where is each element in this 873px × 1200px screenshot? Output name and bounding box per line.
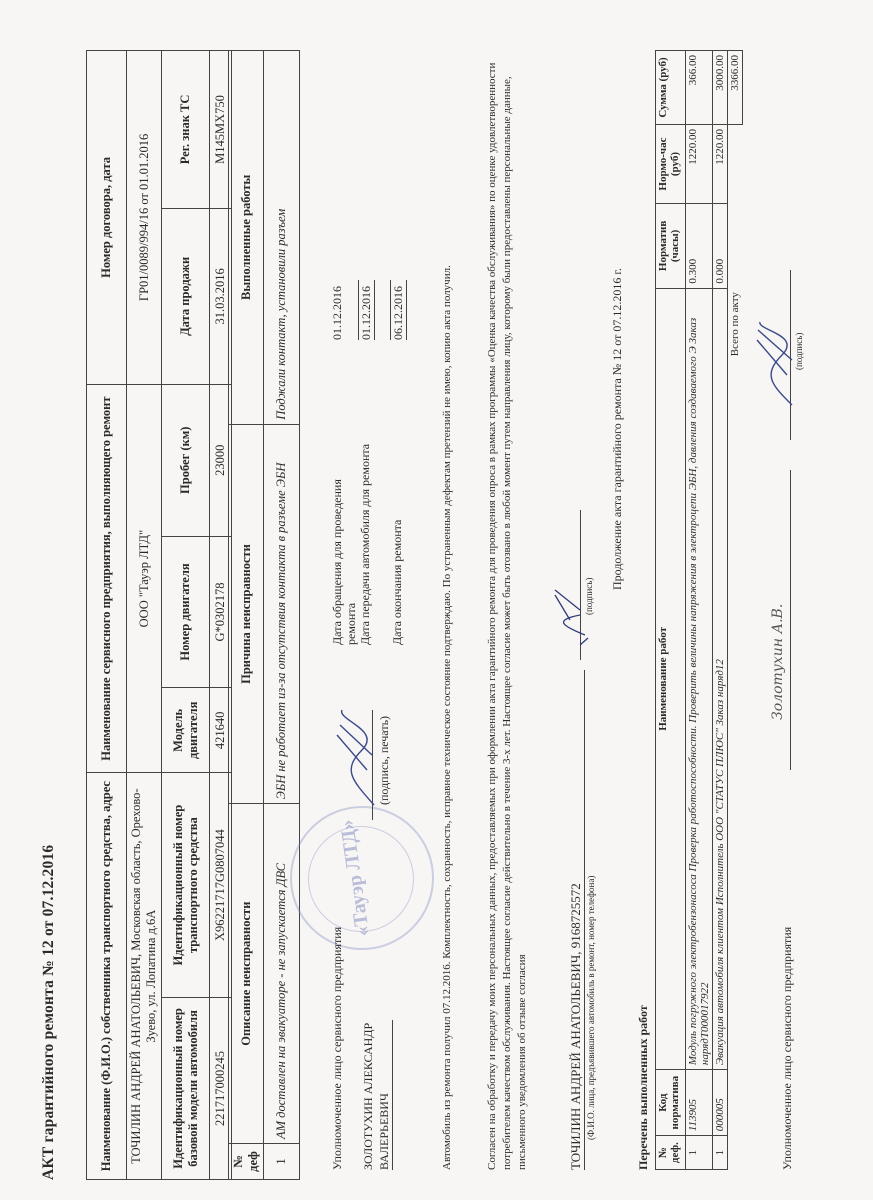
footer-handwritten-name: Золотухин А.В. [770,604,786,720]
signature-scribble-icon [332,700,382,810]
customer-sign-caption: (подпись) [584,578,594,615]
total-label: Всего по акту [728,288,743,1169]
receipt-paragraph: Автомобиль из ремонта получил 07.12.2016… [440,60,455,1170]
col-engine-model: Модель двигателя [162,688,210,773]
defect-description-header: Описание неисправности [229,804,264,1144]
defect-row: 1 АМ доставлен на эвакуаторе - не запуск… [264,51,300,1180]
works-col-sum: Сумма (руб) [656,51,686,125]
customer-signature-line [580,510,581,660]
works-done-header: Выполненные работы [229,51,264,425]
footer-signature-line [790,270,791,440]
works-row-def: 1 [713,1136,728,1170]
authorized-signature-line [372,710,373,820]
works-done: Поджали контакт, установили разъем [264,51,300,425]
document-title: АКТ гарантийного ремонта № 12 от 07.12.2… [40,845,58,1180]
date-request-value: 01.12.2016 [330,286,345,340]
works-col-hours: Норматив (часы) [656,204,686,288]
col-sale-date: Дата продажи [162,208,210,384]
authorized-person-label: Уполномоченное лицо сервисного предприят… [330,927,345,1170]
defects-table: № деф Описание неисправности Причина неи… [228,50,300,1180]
works-col-rate: Нормо-час (руб) [656,124,686,203]
date-completion-value: 06.12.2016 [390,280,407,340]
works-col-name: Наименование работ [656,288,686,1069]
works-row: 1 113905 Модуль погружного электробензон… [686,51,713,1170]
date-handover-label: Дата передачи автомобиля для ремонта [358,444,373,645]
footer-name-line [790,470,791,770]
works-row-hours: 0.000 [713,204,728,288]
defect-num: 1 [264,1144,300,1180]
company-stamp: «Тауэр ЛТД» [290,806,434,950]
customer-name-phone: ТОЧИЛИН АНДРЕЙ АНАТОЛЬЕВИЧ, 9168725572 [568,670,585,1170]
col-reg-plate: Рег. знак ТС [162,51,210,209]
vehicle-info-table: Наименование (Ф.И.О.) собственника транс… [86,50,232,1180]
customer-name-caption: (Ф.И.О. лица, предъявившего автомобиль в… [586,876,596,1140]
date-completion-label: Дата окончания ремонта [390,520,405,645]
works-row-rate: 1220.00 [686,124,713,203]
footer-sign-caption: (подпись) [794,333,804,370]
contract-header: Номер договора, дата [87,51,127,385]
date-request-label: Дата обращения для проведения ремонта [330,465,358,645]
service-header: Наименование сервисного предприятия, вып… [87,384,127,772]
footer-signature-scribble-icon [752,320,797,410]
works-row-name: Эвакуация автомобиля клиентом Исполнител… [713,288,728,1069]
continuation-title: Продолжение акта гарантийного ремонта № … [610,268,625,590]
contract-value: ГР01/0089/994/16 от 01.01.2016 [127,51,162,385]
works-row-sum: 3000.00 [713,51,728,125]
footer-authorized-label: Уполномоченное лицо сервисного предприят… [780,927,795,1170]
defect-cause: ЭБН не работает из-за отсутствия контакт… [264,424,300,804]
consent-paragraph: Согласен на обработку и передачу моих пе… [485,60,530,1170]
works-table: № деф. Код норматива Наименование работ … [655,50,743,1170]
works-row-def: 1 [686,1136,713,1170]
date-handover-value: 01.12.2016 [358,280,375,340]
works-row-hours: 0.300 [686,204,713,288]
col-vin: Идентификационный номер транспортного ср… [162,773,210,998]
owner-header: Наименование (Ф.И.О.) собственника транс… [87,773,127,1180]
works-row-sum: 366.00 [686,51,713,125]
works-row-code: 000005 [713,1070,728,1136]
col-base-model-id: Идентификационный номер базовой модели а… [162,997,210,1179]
works-title: Перечень выполненных работ [636,1005,651,1170]
works-row-code: 113905 [686,1070,713,1136]
col-mileage: Пробег (км) [162,384,210,536]
scanned-document: АКТ гарантийного ремонта № 12 от 07.12.2… [0,0,873,1200]
total-value: 3366.00 [728,51,743,125]
defect-num-header: № деф [229,1144,264,1180]
works-col-def: № деф. [656,1136,686,1170]
col-engine-number: Номер двигателя [162,536,210,688]
works-row-rate: 1220.00 [713,124,728,203]
owner-value: ТОЧИЛИН АНДРЕЙ АНАТОЛЬЕВИЧ, Московская о… [127,773,162,1180]
works-row-name: Модуль погружного электробензонасоса Про… [686,288,713,1069]
works-row: 1 000005 Эвакуация автомобиля клиентом И… [713,51,728,1170]
defect-cause-header: Причина неисправности [229,424,264,804]
works-col-code: Код норматива [656,1070,686,1136]
authorized-person-name: ЗОЛОТУХИН АЛЕКСАНДР ВАЛЕРЬЕВИЧ [360,1020,393,1170]
sign-stamp-caption: (подпись, печать) [377,716,392,805]
service-value: ООО "Тауэр ЛТД" [127,384,162,772]
